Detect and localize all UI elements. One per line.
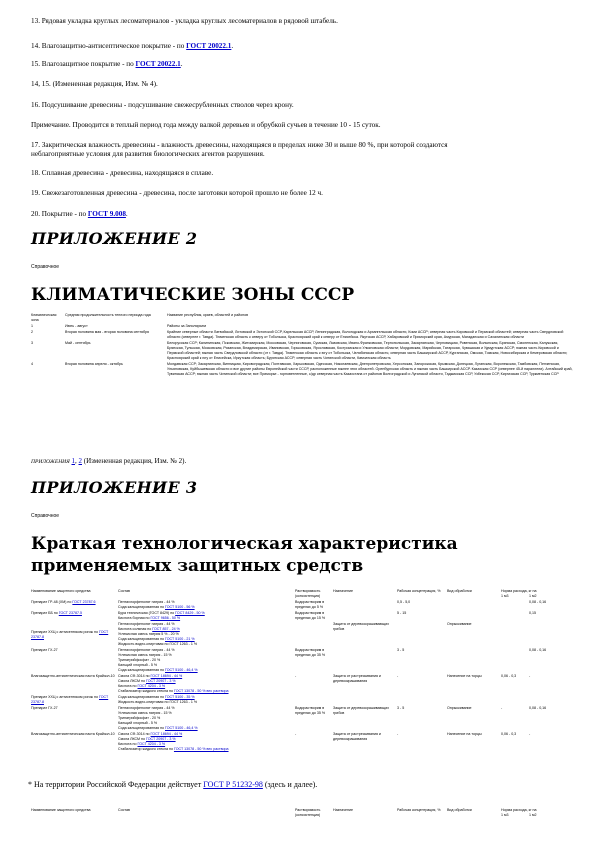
gost-link[interactable]: ГОСТ 20907 - 3 % — [146, 679, 176, 683]
appendix-2-ref: Справочное — [31, 264, 59, 270]
gost-link[interactable]: ГОСТ 18694 - 44 % — [151, 674, 183, 678]
term-15: 15. Влагозащитное покрытие - по ГОСТ 200… — [31, 60, 561, 69]
table-row: Препарат ГХ-27 Пентахлорфенолят натрия -… — [31, 706, 576, 732]
gost-link[interactable]: ГОСТ 5100 - 56 % — [165, 605, 195, 609]
table-header: Климатическая зона Средняя продолжительн… — [31, 313, 576, 324]
term-20: 20. Покрытие - по ГОСТ 9.008. — [31, 210, 561, 219]
gost-link[interactable]: ГОСТ 5100 - 46,4 % — [165, 668, 198, 672]
column-header: Средняя продолжительность теплого период… — [65, 313, 167, 324]
gost-link[interactable]: ГОСТ 5100 - 46,4 % — [165, 726, 198, 730]
gost-link[interactable]: ГОСТ 13078 - 50 % вес раствора — [174, 747, 229, 751]
appendix-3-heading: ПРИЛОЖЕНИЕ 3 — [31, 478, 197, 497]
table-row: Препарат ХХЦ с антисептиком рогож по ГОС… — [31, 695, 576, 706]
term-19: 19. Свежезаготовленная древесина - древе… — [31, 189, 561, 198]
term-14: 14. Влагозащитно-антисептическое покрыти… — [31, 42, 561, 51]
table-row: Препарат ГР-48 (ХМ) по ГОСТ 23787.6 Пент… — [31, 600, 576, 611]
gost-link[interactable]: ГОСТ 9656 - 50 % — [150, 616, 180, 620]
gost-link[interactable]: ГОСТ 857 - 24 % — [152, 627, 180, 631]
term-16: 16. Подсушивание древесины - подсушивани… — [31, 101, 561, 110]
table-header: Наименование защитного средства Состав Р… — [31, 589, 576, 600]
protective-agents-table: Наименование защитного средства Состав Р… — [31, 589, 576, 753]
gost-link[interactable]: ГОСТ 13078 - 50 % вес раствора — [174, 689, 229, 693]
appendix-3-title: Краткая технологическая характеристика п… — [31, 533, 531, 577]
table-row: Препарат ГХ-27 Пентахлорфенолят натрия -… — [31, 648, 576, 674]
gost-link[interactable]: ГОСТ 18694 - 44 % — [151, 732, 183, 736]
gost-r-link[interactable]: ГОСТ Р 51232-98 — [203, 780, 263, 789]
footnote: * На территории Российской Федерации дей… — [28, 780, 317, 789]
table-row: 4 Вторая половина апреля - октябрь Молда… — [31, 362, 576, 378]
table-row: 3 Май - сентябрь Белорусская ССР; Калини… — [31, 341, 576, 362]
gost-link[interactable]: ГОСТ 5100 - 21 % — [165, 637, 195, 641]
gost-link[interactable]: ГОСТ 20907 - 3 % — [146, 737, 176, 741]
gost-link[interactable]: ГОСТ 23787.6 — [72, 600, 95, 604]
appendix-2-title: КЛИМАТИЧЕСКИЕ ЗОНЫ СССР — [31, 284, 354, 306]
gost-link[interactable]: ГОСТ 5100 - 35 % — [165, 695, 195, 699]
protective-agents-table-continued: Наименование защитного средства Состав Р… — [31, 808, 576, 819]
column-header: Название республик, краев, областей и ра… — [167, 313, 576, 324]
gost-link[interactable]: ГОСТ 9.008 — [88, 210, 126, 218]
gost-link[interactable]: ГОСТ 8429 - 50 % — [175, 611, 205, 615]
gost-link[interactable]: ГОСТ 4204 - 3 % — [138, 684, 166, 688]
table-row: Препарат ББ по ГОСТ 23787.5 Бура техниче… — [31, 611, 576, 622]
table-row: Препарат ХХЦ с антисептиком рогож по ГОС… — [31, 622, 576, 648]
gost-link[interactable]: ГОСТ 4204 - 3 % — [138, 742, 166, 746]
appendix-2-heading: ПРИЛОЖЕНИЕ 2 — [31, 229, 197, 248]
gost-link[interactable]: ГОСТ 20022.1 — [136, 60, 181, 68]
term-18: 18. Сплавная древесина - древесина, нахо… — [31, 169, 561, 178]
term-13: 13. Рядовая укладка круглых лесоматериал… — [31, 17, 561, 26]
table-header: Наименование защитного средства Состав Р… — [31, 808, 576, 819]
appendix-3-ref: Справочное — [31, 513, 59, 519]
climate-zones-table: Климатическая зона Средняя продолжительн… — [31, 313, 576, 378]
column-header: Климатическая зона — [31, 313, 65, 324]
term-16-note: Примечание. Проводится в теплый период г… — [31, 121, 561, 130]
term-17: 17. Закритическая влажность древесины - … — [31, 141, 501, 159]
table-row: Влагозащитно-антисептическая паста Крайз… — [31, 674, 576, 695]
appendix-amendment-note: ПРИЛОЖЕНИЯ 1, 2 (Измененная редакция, Из… — [31, 457, 186, 465]
table-row: Влагозащитно-антисептическая паста Крайз… — [31, 732, 576, 753]
amendment-note: 14, 15. (Измененная редакция, Изм. № 4). — [31, 80, 561, 89]
gost-link[interactable]: ГОСТ 20022.1 — [186, 42, 231, 50]
table-row: 2 Вторая половина мая - вторая половина … — [31, 330, 576, 341]
appendix-1-link[interactable]: 1 — [72, 457, 76, 465]
gost-link[interactable]: ГОСТ 23787.5 — [59, 611, 82, 615]
